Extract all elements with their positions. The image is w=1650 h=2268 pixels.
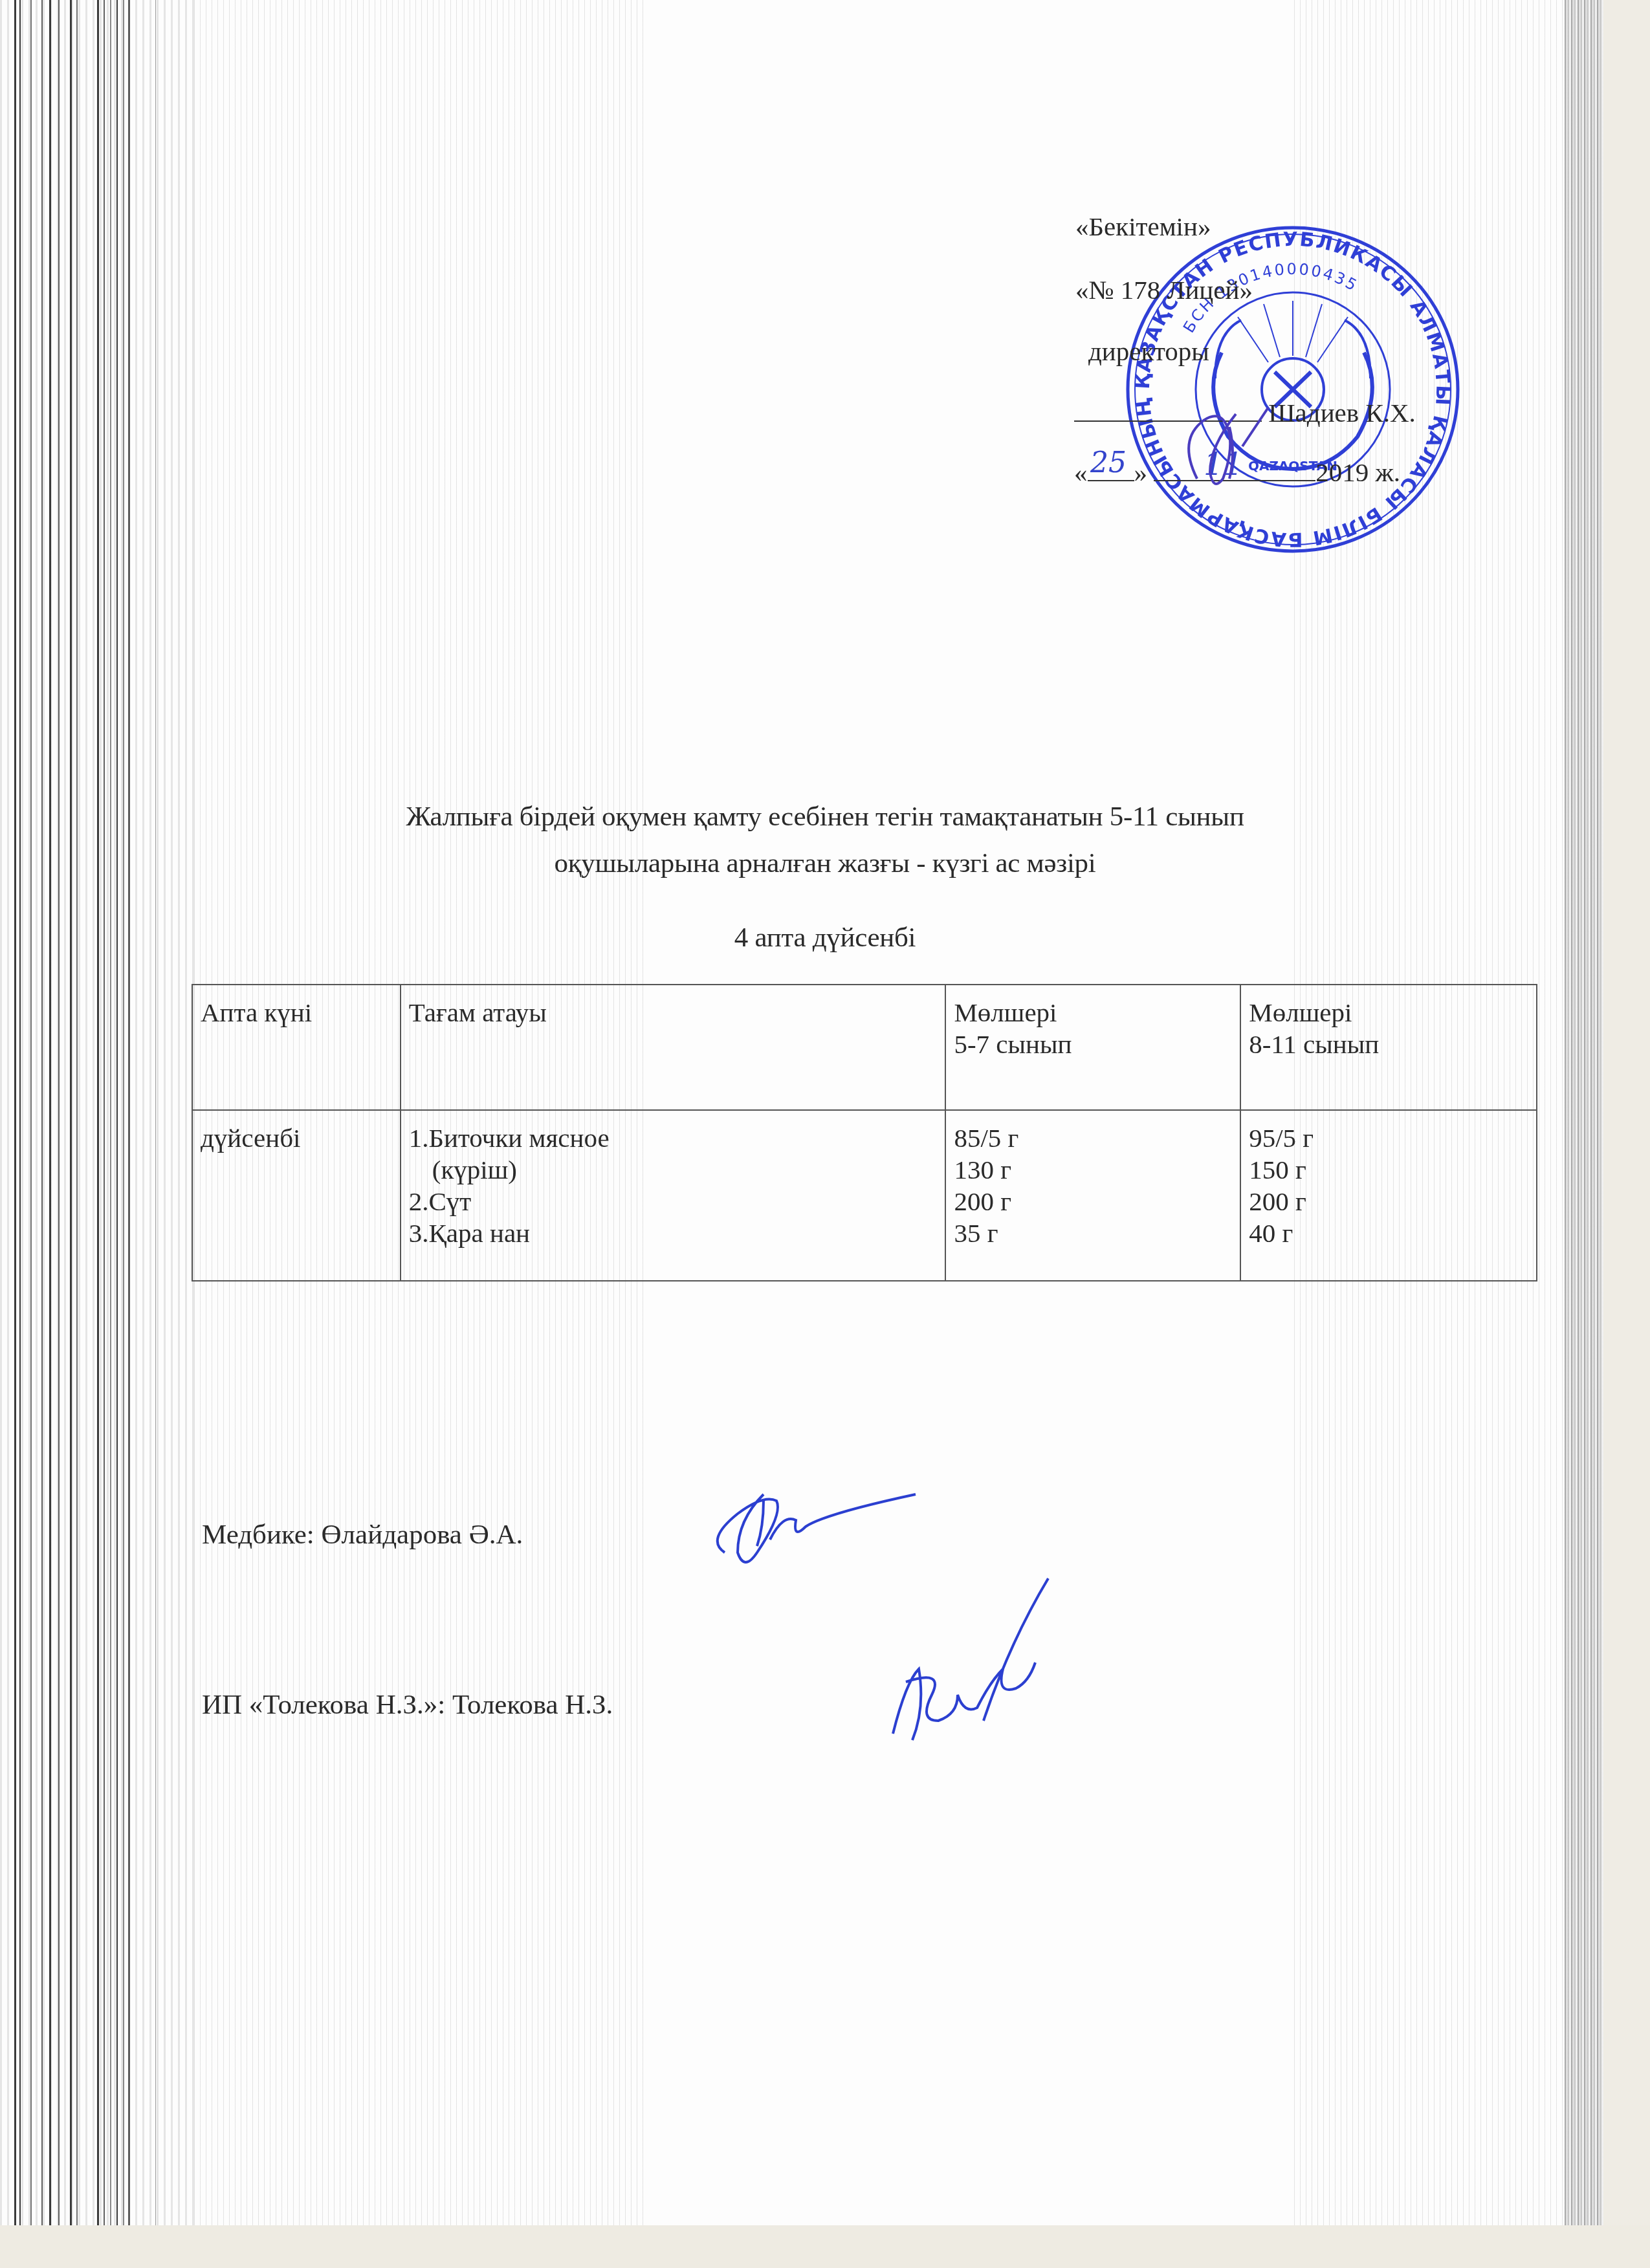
document-title-line2: оқушыларына арналған жазғы - күзгі ас мә… [0,847,1650,879]
dish-item: 2.Сүт [409,1186,938,1217]
scan-streak [41,0,43,2225]
portion-value: 95/5 г [1249,1122,1528,1154]
document-title-line1: Жалпыға бірдей оқумен қамту есебінен тег… [0,801,1650,833]
scan-streak [76,0,78,2225]
portion-value: 200 г [954,1186,1232,1217]
table-header-row: Апта күні Тағам атауы Мөлшері 5-7 сынып … [192,985,1537,1110]
scan-streak [110,0,111,2225]
portion-value: 40 г [1249,1217,1528,1249]
cell-portions-8-11: 95/5 г 150 г 200 г 40 г [1240,1110,1537,1281]
table-row: дүйсенбі 1.Биточки мясное (күріш) 2.Сүт … [192,1110,1537,1281]
scanned-page: ҚАЗАҚСТАН РЕСПУБЛИКАСЫ АЛМАТЫ ҚАЛАСЫ БІЛ… [0,0,1650,2268]
scan-streak [70,0,72,2225]
scan-streak [14,0,16,2225]
portion-value: 200 г [1249,1186,1528,1217]
scan-streak [123,0,124,2225]
header-dish: Тағам атауы [401,985,946,1110]
cell-portions-5-7: 85/5 г 130 г 200 г 35 г [945,1110,1240,1281]
portion-value: 35 г [954,1217,1232,1249]
dish-item: 3.Қара нан [409,1217,938,1249]
scan-streak [116,0,118,2225]
date-year: 2019 ж. [1315,457,1400,487]
dish-item: 1.Биточки мясное [409,1122,938,1154]
paper-edge-bottom [0,2225,1650,2268]
approve-label: «Бекітемін» [1075,213,1211,240]
portion-value: 130 г [954,1154,1232,1186]
scan-streak [128,0,130,2225]
document-subtitle: 4 апта дүйсенбі [0,922,1650,954]
supplier-signature-line: ИП «Толекова Н.З.»: Толекова Н.З. [202,1689,613,1721]
paper-edge-right [1603,0,1650,2268]
school-name: «№ 178 Лицей» [1075,277,1253,303]
cell-day: дүйсенбі [192,1110,401,1281]
header-portion-8-11: Мөлшері 8-11 сынып [1240,985,1537,1110]
dish-item: (күріш) [409,1154,938,1186]
date-open-quote: « [1074,457,1088,487]
scan-streak [30,0,32,2225]
director-signature [1165,388,1294,498]
nurse-signature-line: Медбике: Өлайдарова Ә.А. [202,1519,523,1551]
date-close-quote: » [1134,457,1148,487]
scan-streak [49,0,51,2225]
scan-artifact-edge [1565,0,1603,2225]
position-label: директоры [1088,338,1209,365]
scan-streak [104,0,105,2225]
header-portion-5-7: Мөлшері 5-7 сынып [945,985,1240,1110]
handwritten-date-day: 25 [1090,446,1127,479]
cell-dishes: 1.Биточки мясное (күріш) 2.Сүт 3.Қара на… [401,1110,946,1281]
scan-streak [155,0,156,2225]
portion-value: 85/5 г [954,1122,1232,1154]
header-day: Апта күні [192,985,401,1110]
menu-table: Апта күні Тағам атауы Мөлшері 5-7 сынып … [192,984,1537,1281]
scan-streak [58,0,60,2225]
date-day-blank [1088,480,1134,481]
scan-streak [19,0,21,2225]
nurse-signature [686,1475,932,1572]
portion-value: 150 г [1249,1154,1528,1186]
scan-streak [97,0,99,2225]
supplier-signature [880,1572,1074,1753]
